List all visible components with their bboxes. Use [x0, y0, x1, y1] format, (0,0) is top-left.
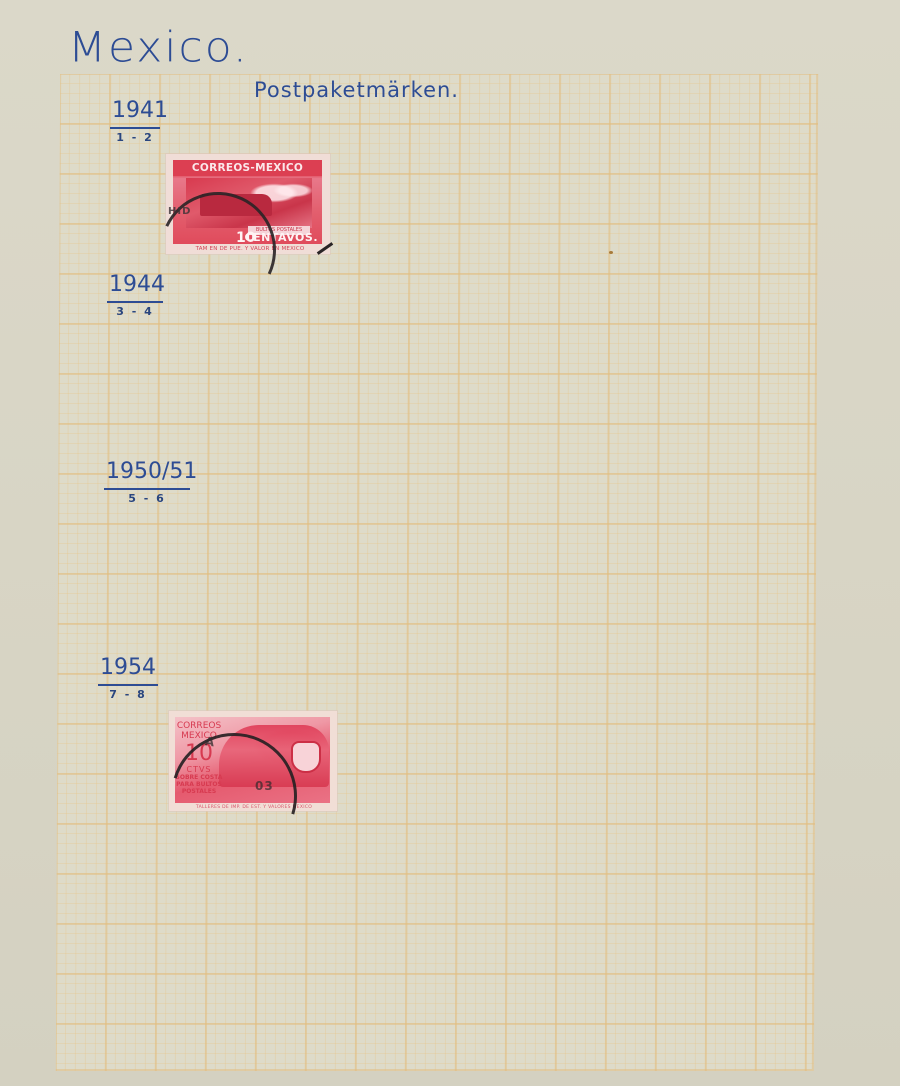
catalog-numbers: 5 - 6 — [104, 492, 190, 506]
postmark-text: HID — [168, 206, 191, 217]
divider — [98, 684, 158, 686]
year-entry-1954: 1954 7 - 8 — [98, 656, 158, 702]
divider — [110, 127, 160, 129]
catalog-numbers: 1 - 2 — [110, 131, 160, 145]
postmark-text: A — [204, 734, 217, 749]
divider — [107, 301, 163, 303]
year-entry-1950-51: 1950/51 5 - 6 — [104, 460, 190, 506]
stamp-1941-10-centavos[interactable]: CORREOS-MEXICO BULTOS POSTALES 10 CENTAV… — [166, 154, 330, 254]
stamp-top-text: CORREOS-MEXICO — [173, 160, 322, 176]
paper-speck — [609, 251, 613, 254]
catalog-numbers: 7 - 8 — [98, 688, 158, 702]
stamp-top-text: CORREOS — [175, 721, 223, 731]
year-entry-1944: 1944 3 - 4 — [107, 273, 163, 319]
year-label: 1954 — [98, 656, 158, 682]
album-page: Mexico. Postpaketmärken. 1941 1 - 2 1944… — [0, 0, 900, 1086]
year-label: 1941 — [110, 99, 160, 125]
year-entry-1941: 1941 1 - 2 — [110, 99, 160, 145]
section-title: Postpaketmärken. — [254, 78, 459, 102]
stamp-1954-10-ctvs[interactable]: CORREOS MEXICO 10 CTVS SOBRE COSTA PARA … — [169, 711, 337, 811]
postmark-text-secondary: 03 — [255, 779, 274, 793]
year-label: 1950/51 — [104, 460, 190, 486]
divider — [104, 488, 190, 490]
locomotive-emblem — [291, 741, 321, 773]
year-label: 1944 — [107, 273, 163, 299]
country-title: Mexico. — [68, 23, 249, 71]
catalog-numbers: 3 - 4 — [107, 305, 163, 319]
